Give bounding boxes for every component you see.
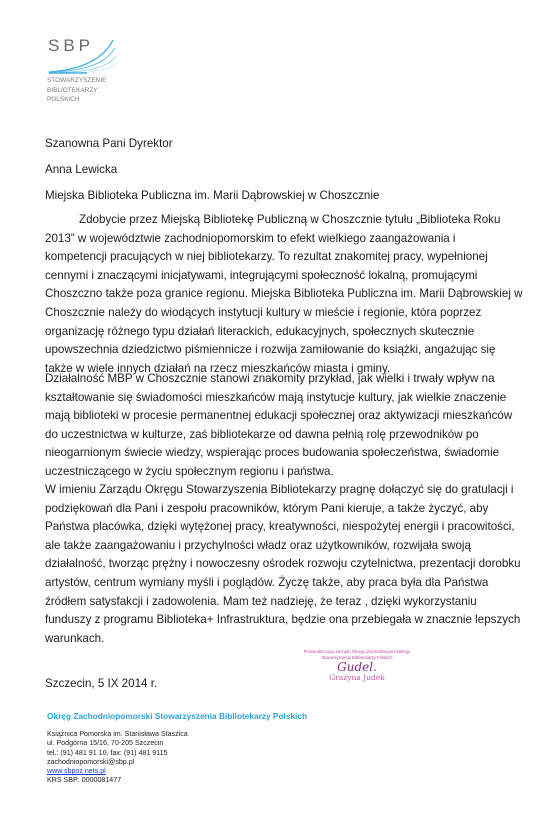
salutation: Szanowna Pani Dyrektor <box>45 137 173 150</box>
paragraph-line: Działalność MBP w Choszcznie stanowi zna… <box>45 370 515 389</box>
paragraph-line: źródłem satysfakcji i zadowolenia. Mam t… <box>45 593 515 612</box>
paragraph-line: Choszczno także poza granice regionu. Mi… <box>45 285 515 304</box>
handwritten-signature: Gudel. <box>292 662 422 673</box>
footer-email[interactable]: zachodniopomorski@sbp.pl <box>47 758 307 767</box>
paragraph-line: podziękowań dla Pani i zespołu pracownik… <box>45 500 515 519</box>
footer-address-line: Książnica Pomorska im. Stanisława Staszi… <box>47 730 307 739</box>
paragraph-line: mają biblioteki w procesie permanentnej … <box>45 407 515 426</box>
paragraph-line: artystów, centrum wymiany myśli i pogląd… <box>45 574 515 593</box>
paragraph-line: nieogarnionym świecie wiedzy, wspierając… <box>45 444 515 463</box>
paragraph-line: do uczestnictwa w kulturze, zaś bibliote… <box>45 426 515 445</box>
logo-subtitle-line: BIBLIOTEKARZY <box>47 86 127 96</box>
paragraph-line: organizację różnego typu działań literac… <box>45 323 515 342</box>
paragraph-line: funduszy z programu Biblioteka+ Infrastr… <box>45 611 515 630</box>
paragraph-line: cennymi i znaczącymi inicjatywami, integ… <box>45 267 515 286</box>
paragraph-line: Choszcznie należy do wiodących instytucj… <box>45 304 515 323</box>
logo-subtitle-line: POLSKICH <box>47 95 127 105</box>
footer-address: Książnica Pomorska im. Stanisława Staszi… <box>47 730 307 786</box>
logo-subtitle: STOWARZYSZENIE BIBLIOTEKARZY POLSKICH <box>47 76 127 105</box>
paragraph-line: ale także zaangażowaniu i przychylności … <box>45 537 515 556</box>
logo-subtitle-line: STOWARZYSZENIE <box>47 76 127 86</box>
paragraph-line: Zdobycie przez Miejską Bibliotekę Public… <box>45 211 515 230</box>
paragraph-2: Działalność MBP w Choszcznie stanowi zna… <box>45 370 515 482</box>
swoosh-icon <box>47 38 127 74</box>
signatory-name: Grażyna Judek <box>292 673 422 682</box>
paragraph-line: kształtowanie się świadomości mieszkańcó… <box>45 389 515 408</box>
footer-website-link[interactable]: www.sbpoz.nets.pl <box>47 767 106 775</box>
footer-phone-line: tel.: (91) 481 91 10, fax: (91) 481 9115 <box>47 749 307 758</box>
footer-organization-title: Okręg Zachodniopomorski Stowarzyszenia B… <box>47 711 307 721</box>
sbp-logo: SBP STOWARZYSZENIE BIBLIOTEKARZY POLSKIC… <box>47 34 127 105</box>
footer-krs: KRS SBP: 0000081477 <box>47 776 307 785</box>
paragraph-line: upowszechnia dziedzictwo piśmiennicze i … <box>45 341 515 360</box>
paragraph-line: działalność, tworząc prężny i nowoczesny… <box>45 555 515 574</box>
logo-mark: SBP <box>47 34 127 74</box>
paragraph-1: Zdobycie przez Miejską Bibliotekę Public… <box>45 211 515 378</box>
paragraph-3: W imieniu Zarządu Okręgu Stowarzyszenia … <box>45 481 515 648</box>
signature-stamp: Przewodnicząca Zarządu Okręgu Zachodniop… <box>292 649 422 682</box>
paragraph-line: Państwa placówka, dzięki wytężonej pracy… <box>45 518 515 537</box>
paragraph-line: warunkach. <box>45 630 515 649</box>
paragraph-line: kompetencji pracujących w niej bibliotek… <box>45 248 515 267</box>
paragraph-line: uczestniczącego w życiu społecznym regio… <box>45 463 515 482</box>
letter-date: Szczecin, 5 IX 2014 r. <box>45 677 157 690</box>
letterhead-footer: Okręg Zachodniopomorski Stowarzyszenia B… <box>47 711 307 786</box>
paragraph-line: 2013” w województwie zachodniopomorskim … <box>45 230 515 249</box>
recipient-name: Anna Lewicka <box>45 163 117 176</box>
footer-address-line: ul. Podgórna 15/16, 70-205 Szczecin <box>47 739 307 748</box>
paragraph-line: W imieniu Zarządu Okręgu Stowarzyszenia … <box>45 481 515 500</box>
recipient-institution: Miejska Biblioteka Publiczna im. Marii D… <box>45 189 379 202</box>
